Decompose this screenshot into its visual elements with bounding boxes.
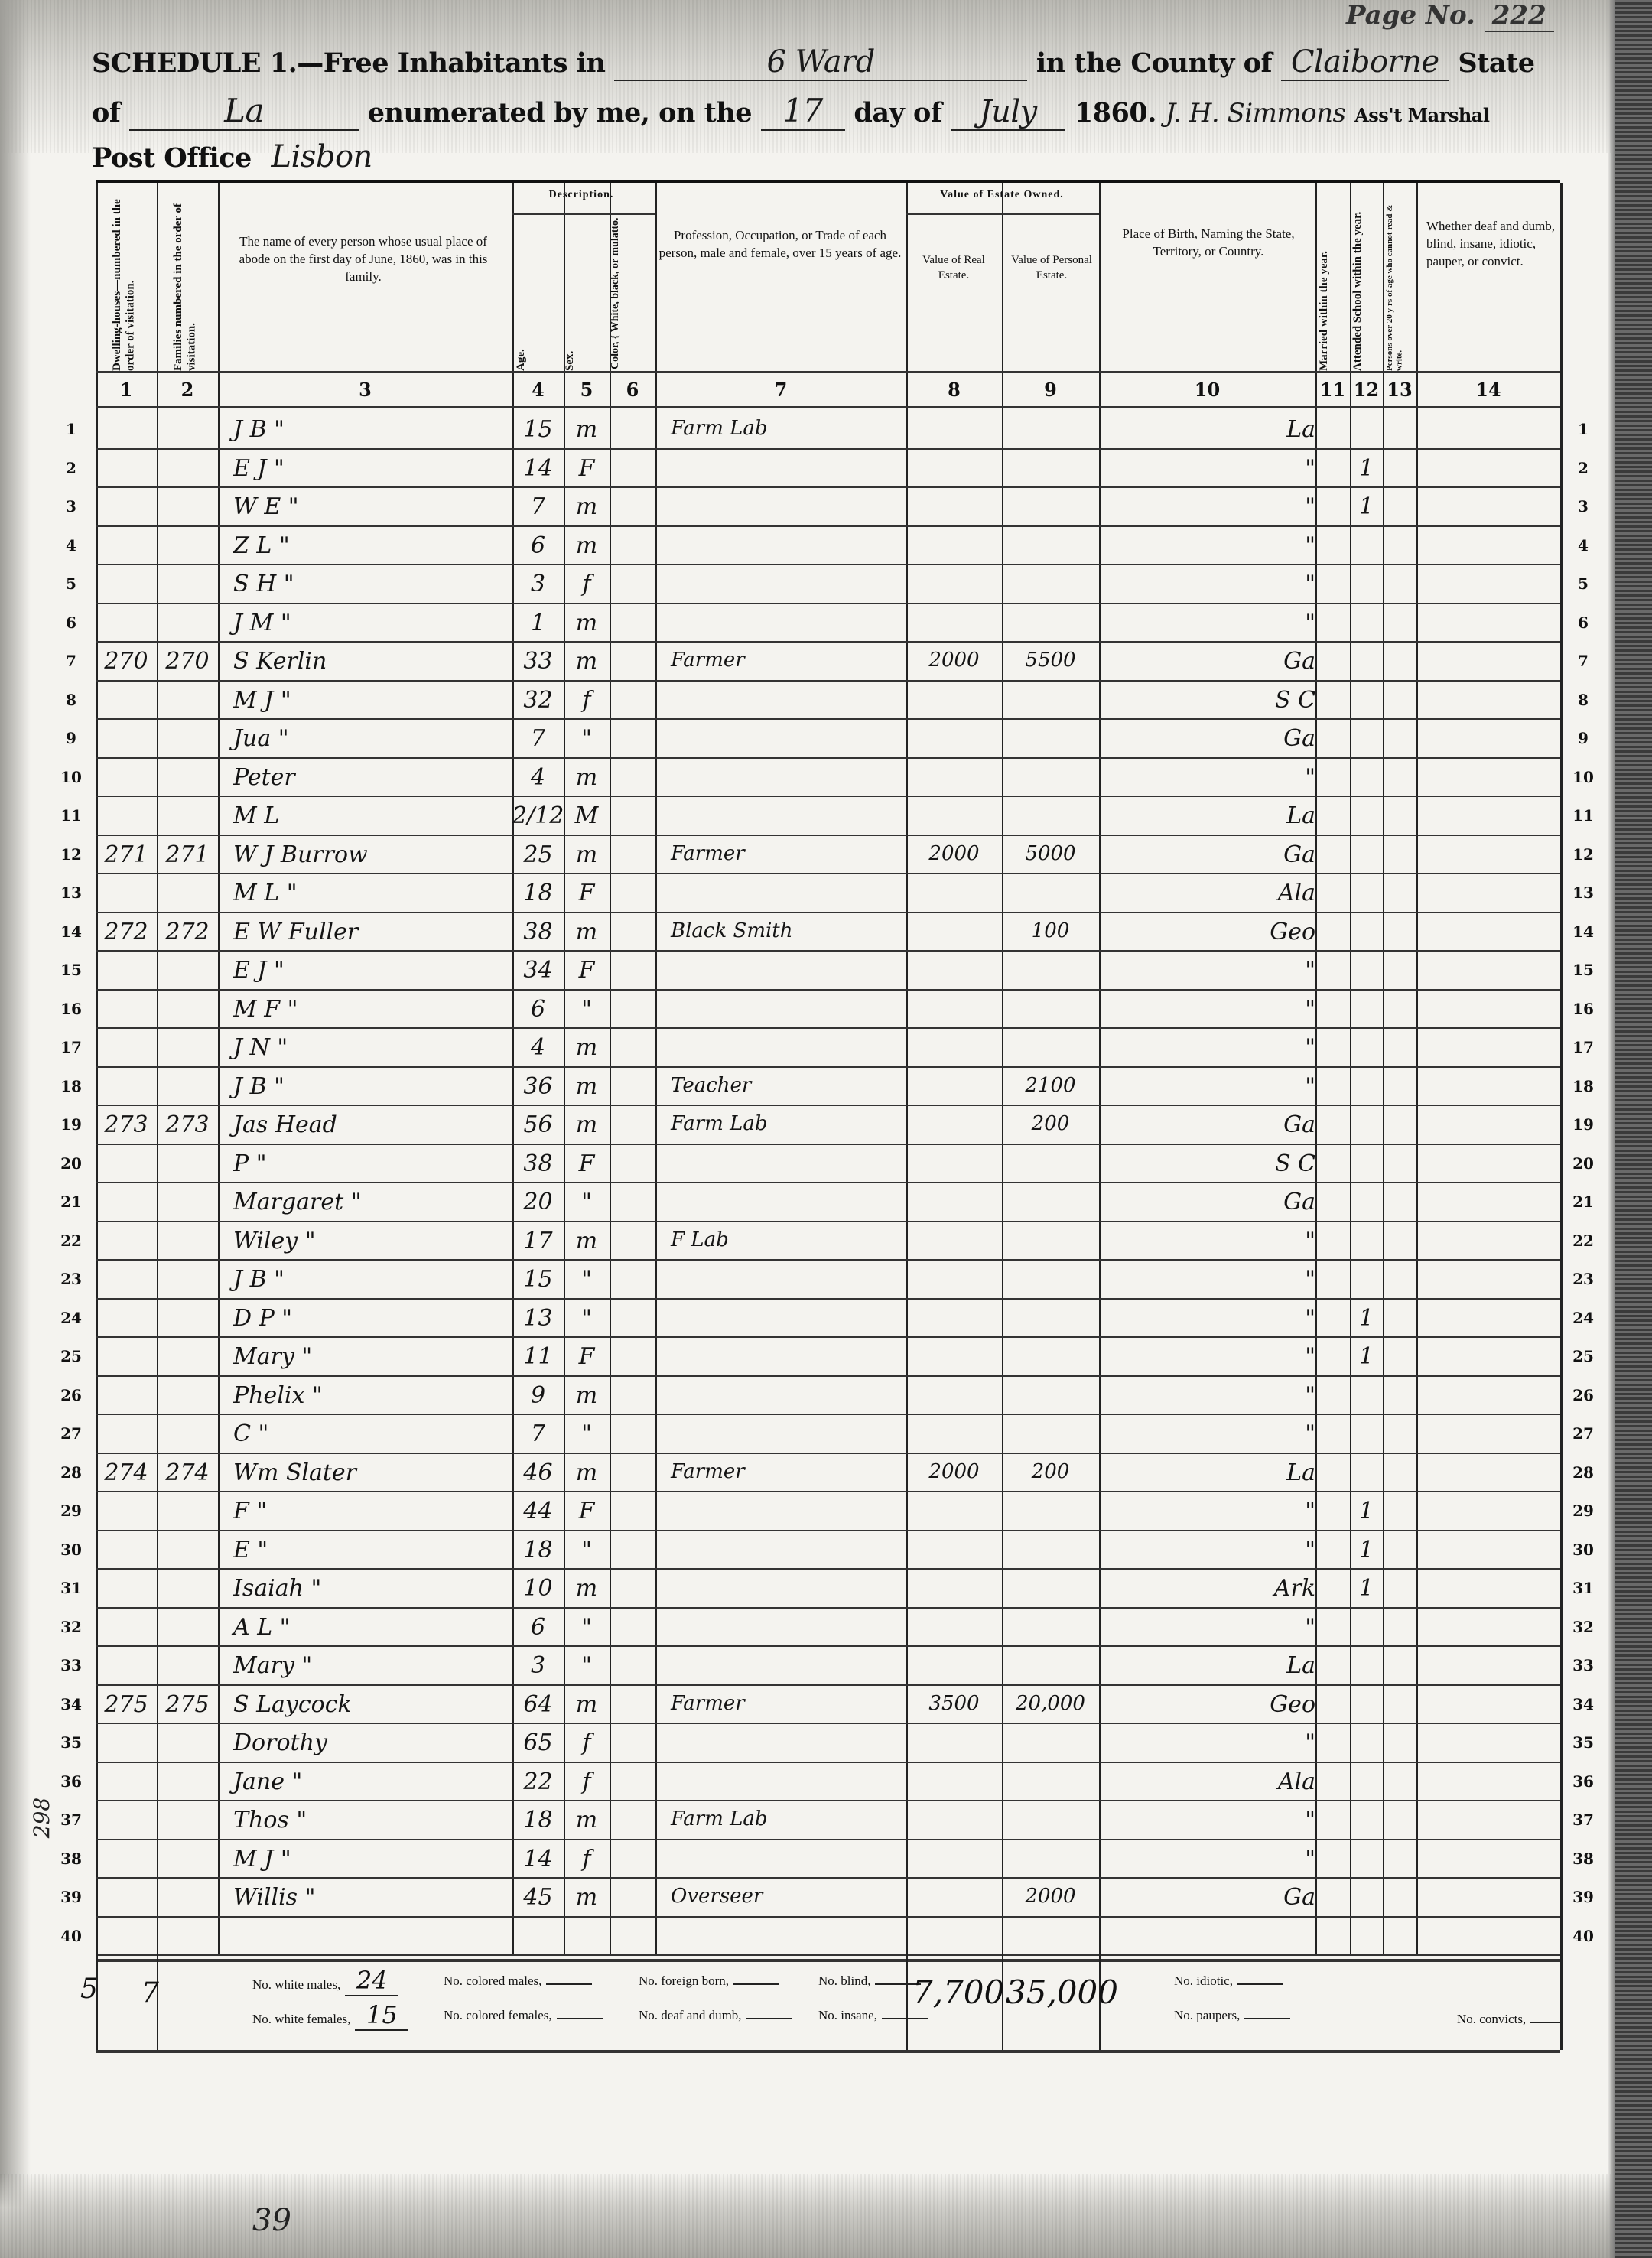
line-number-left: 23 [56,1270,86,1288]
line-number-right: 35 [1568,1733,1598,1752]
cell-age: 33 [512,650,564,673]
cell-age: 15 [512,1268,564,1291]
cell-sex: F [564,882,610,905]
county-value: Claiborne [1281,44,1449,81]
line-number-left: 37 [56,1811,86,1829]
cell-name: Jua " [233,727,505,750]
cell-age: 4 [512,1036,564,1059]
bottom-page-note: 39 [252,2203,291,2238]
line-number-left: 18 [56,1077,86,1095]
cell-birth: Ga [1160,650,1315,673]
summary-white-females: No. white females,15 [252,2000,413,2031]
real-estate-total: 7,700 [912,1973,1004,2011]
cell-name: F " [233,1500,505,1523]
line-number-right: 12 [1568,845,1598,864]
line-number-right: 1 [1568,420,1598,438]
cell-occupation: Farm Lab [671,1809,899,1829]
cell-dwelling: 272 [96,921,157,944]
cell-age: 34 [512,959,564,982]
cell-birth: " [1160,1809,1315,1832]
line-number-right: 24 [1568,1309,1598,1327]
cell-name: J M " [233,612,505,635]
white-females-label: No. white females, [252,2012,350,2026]
cell-birth: " [1160,1268,1315,1291]
cell-birth: " [1160,1616,1315,1639]
column-number-4: 4 [512,379,564,401]
cell-occupation: Overseer [671,1886,899,1906]
idiotic-label: No. idiotic, [1174,1973,1233,1988]
post-office-line: Post Office Lisbon [92,139,372,174]
row-rule [96,486,1560,488]
cell-sex: m [564,650,610,673]
summary-blind: No. blind, [818,1973,925,1989]
cell-birth: " [1160,612,1315,635]
cell-birth: " [1160,1500,1315,1523]
line-number-left: 27 [56,1424,86,1443]
cell-age: 17 [512,1230,564,1253]
cell-age: 6 [512,998,564,1021]
cell-age: 7 [512,727,564,750]
cell-name: S Kerlin [233,650,505,673]
row-rule [96,912,1560,913]
cell-sex: m [564,612,610,635]
cell-occupation: Farmer [671,1462,899,1482]
cell-age: 64 [512,1693,564,1716]
cell-birth: " [1160,998,1315,1021]
line-number-right: 16 [1568,1000,1598,1018]
line-number-right: 29 [1568,1502,1598,1520]
line-number-right: 34 [1568,1695,1598,1713]
cell-dwelling: 271 [96,844,157,867]
cell-occupation: Farmer [671,650,899,670]
foreign-born-label: No. foreign born, [639,1973,729,1988]
row-rule [96,1182,1560,1183]
line-number-left: 16 [56,1000,86,1018]
header-occupation: Profession, Occupation, or Trade of each… [658,227,902,262]
cell-sex: F [564,959,610,982]
row-rule [96,835,1560,836]
cell-name: D P " [233,1307,505,1330]
row-rule [96,2050,1560,2053]
day-value: 17 [761,92,845,131]
line-number-left: 39 [56,1888,86,1906]
header-school: Attended School within the year. [1351,195,1382,371]
line-number-right: 14 [1568,922,1598,941]
ward-value: 6 Ward [614,44,1027,81]
cell-birth: La [1160,1654,1315,1677]
cell-age: 38 [512,1153,564,1176]
personal-estate-total: 35,000 [1006,1973,1118,2011]
row-rule [96,1877,1560,1879]
line-number-left: 1 [56,420,86,438]
header-description-group: Description. [509,189,654,201]
cell-age: 45 [512,1886,564,1909]
line-number-right: 39 [1568,1888,1598,1906]
cell-name: Wiley " [233,1230,505,1253]
line-number-left: 36 [56,1772,86,1791]
cell-birth: " [1160,1848,1315,1871]
cell-birth: " [1160,1423,1315,1446]
summary-colored-males: No. colored males, [444,1973,597,1989]
cell-sex: m [564,1230,610,1253]
census-table: Dwelling-houses—numbered in the order of… [96,180,1560,2142]
cell-age: 1 [512,612,564,635]
line-number-left: 40 [56,1927,86,1945]
cell-birth: Ala [1160,1771,1315,1794]
line-number-left: 4 [56,536,86,555]
cell-sex: f [564,1848,610,1871]
row-rule [96,1800,1560,1801]
line-number-left: 13 [56,883,86,902]
line-number-right: 7 [1568,652,1598,670]
cell-sex: m [564,1114,610,1137]
header-family: Families numbered in the order of visita… [172,195,218,371]
cell-birth: La [1160,805,1315,828]
cell-birth: " [1160,457,1315,480]
column-rule [1560,1954,1563,2050]
line-number-left: 24 [56,1309,86,1327]
marshal-name: J. H. Simmons [1166,98,1346,129]
line-number-right: 6 [1568,613,1598,632]
line-number-right: 33 [1568,1656,1598,1674]
cell-age: 65 [512,1732,564,1755]
row-rule [96,989,1560,991]
row-rule [96,371,1560,373]
line-number-left: 2 [56,459,86,477]
cell-age: 18 [512,882,564,905]
cell-birth: Ga [1160,727,1315,750]
cell-sex: f [564,1732,610,1755]
scan-noise-bottom [0,2174,1652,2258]
cell-age: 11 [512,1345,564,1368]
page-binding [1615,0,1652,2258]
cell-age: 3 [512,573,564,596]
row-rule [96,1259,1560,1261]
line-number-right: 15 [1568,961,1598,979]
cell-sex: m [564,1462,610,1485]
cell-name: Willis " [233,1886,505,1909]
cell-name: Jane " [233,1771,505,1794]
line-number-right: 38 [1568,1850,1598,1868]
line-number-left: 30 [56,1541,86,1559]
page-number-value: 222 [1485,0,1554,32]
cell-personal: 200 [1002,1462,1099,1482]
line-number-left: 11 [56,806,86,825]
cell-name: Wm Slater [233,1462,505,1485]
cell-name: E J " [233,959,505,982]
cell-name: Peter [233,766,505,789]
cell-name: Z L " [233,535,505,558]
line-number-right: 13 [1568,883,1598,902]
line-number-left: 22 [56,1231,86,1250]
column-number-5: 5 [564,379,610,401]
row-rule [96,1066,1560,1068]
line-number-left: 8 [56,691,86,709]
colored-males-label: No. colored males, [444,1973,541,1988]
cell-family: 270 [157,650,218,673]
blind-label: No. blind, [818,1973,870,1988]
cell-age: 2/12 [512,805,564,828]
cell-age: 36 [512,1075,564,1098]
row-rule [96,1491,1560,1492]
row-rule [96,950,1560,952]
cell-sex: " [564,1307,610,1330]
row-rule [96,718,1560,720]
cell-birth: Ga [1160,844,1315,867]
summary-foreign-born: No. foreign born, [639,1973,784,1989]
row-rule [96,1453,1560,1454]
cell-occupation: Farmer [671,844,899,864]
cell-birth: " [1160,1384,1315,1407]
header-name: The name of every person whose usual pla… [226,233,501,286]
row-rule [96,603,1560,604]
row-rule [96,1954,1560,1956]
cell-real: 3500 [906,1693,1002,1713]
header-real-estate: Value of Real Estate. [908,252,1000,284]
cell-name: M L " [233,882,505,905]
cell-birth: S C [1160,1153,1315,1176]
cell-birth: La [1160,418,1315,441]
header-personal-estate: Value of Personal Estate. [1006,252,1098,284]
row-rule [96,564,1560,565]
cell-sex: M [564,805,610,828]
binding-shadow [1608,0,1615,2258]
cell-sex: m [564,1693,610,1716]
cell-personal: 20,000 [1002,1693,1099,1713]
cell-birth: " [1160,959,1315,982]
cell-sex: " [564,727,610,750]
line-number-right: 10 [1568,768,1598,786]
column-number-7: 7 [655,379,906,401]
cell-school: 1 [1350,1539,1383,1562]
cell-age: 38 [512,921,564,944]
cell-name: J B " [233,418,505,441]
cell-birth: Geo [1160,921,1315,944]
line-number-left: 19 [56,1115,86,1134]
row-rule [96,1839,1560,1840]
column-number-10: 10 [1099,379,1315,401]
line-number-left: 12 [56,845,86,864]
cell-name: Dorothy [233,1732,505,1755]
line-number-left: 34 [56,1695,86,1713]
cell-name: P " [233,1153,505,1176]
line-number-right: 32 [1568,1618,1598,1636]
cell-birth: " [1160,766,1315,789]
cell-birth: " [1160,1732,1315,1755]
line-number-right: 28 [1568,1463,1598,1482]
column-number-12: 12 [1350,379,1383,401]
cell-name: C " [233,1423,505,1446]
cell-sex: f [564,1771,610,1794]
row-rule [96,680,1560,682]
enumeration-line: of La enumerated by me, on the 17 day of… [92,92,1489,131]
row-rule [96,1607,1560,1609]
cell-dwelling: 273 [96,1114,157,1137]
cell-school: 1 [1350,496,1383,519]
post-office-value: Lisbon [271,139,372,174]
row-rule [96,525,1560,527]
column-number-8: 8 [906,379,1002,401]
post-office-label: Post Office [92,142,252,174]
line-number-right: 25 [1568,1347,1598,1365]
cell-sex: m [564,496,610,519]
line-number-left: 10 [56,768,86,786]
line-number-right: 31 [1568,1579,1598,1597]
header-age: Age. [515,294,538,371]
line-number-right: 27 [1568,1424,1598,1443]
row-rule [96,757,1560,759]
cell-name: M J " [233,1848,505,1871]
cell-age: 6 [512,1616,564,1639]
summary-paupers: No. paupers, [1174,2008,1295,2023]
row-rule [96,1916,1560,1918]
line-number-right: 30 [1568,1541,1598,1559]
line-number-right: 20 [1568,1154,1598,1173]
cell-age: 13 [512,1307,564,1330]
cell-sex: m [564,921,610,944]
cell-birth: " [1160,496,1315,519]
row-rule [96,406,1560,408]
cell-birth: " [1160,1230,1315,1253]
cell-name: M J " [233,689,505,712]
cell-birth: Ga [1160,1191,1315,1214]
cell-name: E J " [233,457,505,480]
day-of-label: day of [854,97,941,129]
column-number-9: 9 [1002,379,1099,401]
cell-name: S Laycock [233,1693,505,1716]
line-number-right: 11 [1568,806,1598,825]
cell-birth: Ark [1160,1577,1315,1600]
line-number-right: 19 [1568,1115,1598,1134]
cell-real: 2000 [906,650,1002,670]
cell-birth: " [1160,1036,1315,1059]
row-rule [96,1568,1560,1570]
cell-age: 44 [512,1500,564,1523]
cell-personal: 2100 [1002,1075,1099,1095]
of-label: of [92,97,120,129]
marshal-label: Ass't Marshal [1354,104,1489,126]
row-rule [512,213,655,215]
cell-birth: " [1160,1345,1315,1368]
cell-age: 7 [512,1423,564,1446]
row-rule [96,1414,1560,1415]
cell-sex: m [564,766,610,789]
cell-age: 56 [512,1114,564,1137]
cell-occupation: Farmer [671,1693,899,1713]
line-number-left: 26 [56,1386,86,1404]
line-number-left: 31 [56,1579,86,1597]
cell-sex: " [564,1539,610,1562]
cell-sex: m [564,535,610,558]
cell-sex: m [564,1886,610,1909]
cell-family: 275 [157,1693,218,1716]
cell-personal: 5500 [1002,650,1099,670]
cell-occupation: F Lab [671,1230,899,1250]
cell-sex: m [564,1809,610,1832]
cell-family: 271 [157,844,218,867]
summary-white-males: No. white males,24 [252,1966,403,1996]
column-number-6: 6 [610,379,655,401]
month-value: July [951,94,1065,131]
column-number-1: 1 [96,379,157,401]
column-number-2: 2 [157,379,218,401]
line-number-left: 28 [56,1463,86,1482]
page-number: Page No. 222 [1346,0,1554,31]
cell-school: 1 [1350,1307,1383,1330]
row-rule [96,873,1560,874]
cell-birth: " [1160,1307,1315,1330]
family-tally: 7 [141,1977,159,2009]
line-number-right: 21 [1568,1192,1598,1211]
cell-sex: " [564,1191,610,1214]
cell-sex: m [564,844,610,867]
state-value: La [129,92,359,131]
column-number-3: 3 [218,379,512,401]
cell-school: 1 [1350,1345,1383,1368]
cell-name: J B " [233,1268,505,1291]
cell-name: W E " [233,496,505,519]
cell-occupation: Farm Lab [671,1114,899,1134]
header-birthplace: Place of Birth, Naming the State, Territ… [1105,226,1312,261]
cell-personal: 5000 [1002,844,1099,864]
page-number-label: Page No. [1346,0,1475,31]
column-number-13: 13 [1383,379,1416,401]
cell-age: 15 [512,418,564,441]
cell-sex: F [564,1345,610,1368]
line-number-right: 22 [1568,1231,1598,1250]
cell-personal: 100 [1002,921,1099,941]
line-number-left: 21 [56,1192,86,1211]
line-number-left: 25 [56,1347,86,1365]
left-margin-note: 298 [29,1798,54,1838]
cell-occupation: Teacher [671,1075,899,1095]
row-rule [96,1375,1560,1377]
header-married: Married within the year. [1318,195,1348,371]
cell-family: 274 [157,1462,218,1485]
row-rule [96,796,1560,797]
colored-females-label: No. colored females, [444,2008,552,2022]
line-number-right: 37 [1568,1811,1598,1829]
row-rule [96,1684,1560,1686]
cell-dwelling: 270 [96,650,157,673]
cell-name: E " [233,1539,505,1562]
cell-age: 14 [512,457,564,480]
county-label: in the County of [1036,47,1272,79]
cell-school: 1 [1350,457,1383,480]
cell-name: A L " [233,1616,505,1639]
cell-sex: m [564,1384,610,1407]
cell-birth: Ala [1160,882,1315,905]
cell-birth: " [1160,1075,1315,1098]
line-number-right: 5 [1568,574,1598,593]
cell-age: 3 [512,1654,564,1677]
white-males-value: 24 [345,1966,398,1996]
row-rule [96,641,1560,643]
line-number-left: 3 [56,497,86,516]
cell-birth: La [1160,1462,1315,1485]
cell-age: 6 [512,535,564,558]
summary-idiotic: No. idiotic, [1174,1973,1288,1989]
cell-dwelling: 275 [96,1693,157,1716]
cell-name: M L [233,805,505,828]
enumerated-label: enumerated by me, on the [368,97,752,129]
column-number-11: 11 [1315,379,1350,401]
cell-birth: " [1160,573,1315,596]
line-number-left: 35 [56,1733,86,1752]
column-rule [1560,183,1563,1954]
line-number-right: 4 [1568,536,1598,555]
cell-age: 18 [512,1539,564,1562]
